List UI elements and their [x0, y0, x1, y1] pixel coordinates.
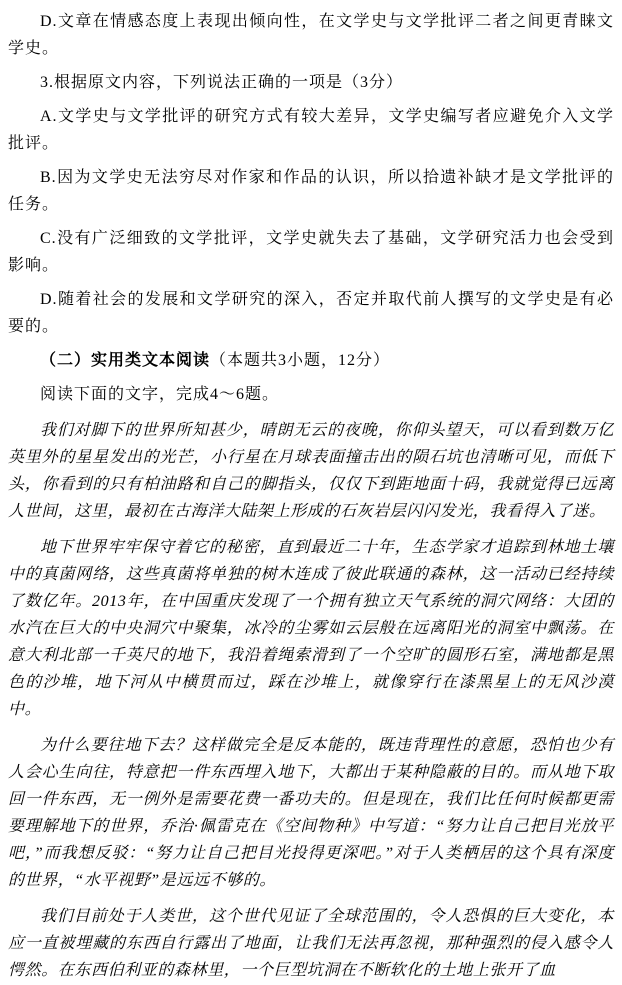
section-heading-title: （二）实用类文本阅读	[40, 352, 210, 369]
passage-paragraph-4: 我们目前处于人类世，这个世代见证了全球范围的，令人恐惧的巨大变化，本应一直被埋藏…	[8, 903, 614, 984]
exam-document-page: D.文章在情感态度上表现出倾向性，在文学史与文学批评二者之间更青睐文学史。 3.…	[0, 0, 622, 985]
question3-stem: 3.根据原文内容，下列说法正确的一项是（3分）	[8, 69, 614, 96]
passage-paragraph-2: 地下世界牢牢保守着它的秘密，直到最近二十年，生态学家才追踪到林地土壤中的真菌网络…	[8, 534, 614, 723]
question2-option-d: D.文章在情感态度上表现出倾向性，在文学史与文学批评二者之间更青睐文学史。	[8, 8, 614, 62]
question3-option-c: C.没有广泛细致的文学批评，文学史就失去了基础，文学研究活力也会受到影响。	[8, 225, 614, 279]
question3-option-d: D.随着社会的发展和文学研究的深入，否定并取代前人撰写的文学史是有必要的。	[8, 286, 614, 340]
section-heading-note: （本题共3小题，12分）	[210, 352, 390, 369]
passage-paragraph-1: 我们对脚下的世界所知甚少，晴朗无云的夜晚，你仰头望天，可以看到数万亿英里外的星星…	[8, 417, 614, 525]
section-heading: （二）实用类文本阅读（本题共3小题，12分）	[8, 347, 614, 374]
passage-paragraph-3: 为什么要往地下去？这样做完全是反本能的，既违背理性的意愿，恐怕也少有人会心生向往…	[8, 732, 614, 894]
question3-option-b: B.因为文学史无法穷尽对作家和作品的认识，所以拾遗补缺才是文学批评的任务。	[8, 164, 614, 218]
reading-instruction: 阅读下面的文字，完成4～6题。	[8, 381, 614, 408]
question3-option-a: A.文学史与文学批评的研究方式有较大差异，文学史编写者应避免介入文学批评。	[8, 103, 614, 157]
